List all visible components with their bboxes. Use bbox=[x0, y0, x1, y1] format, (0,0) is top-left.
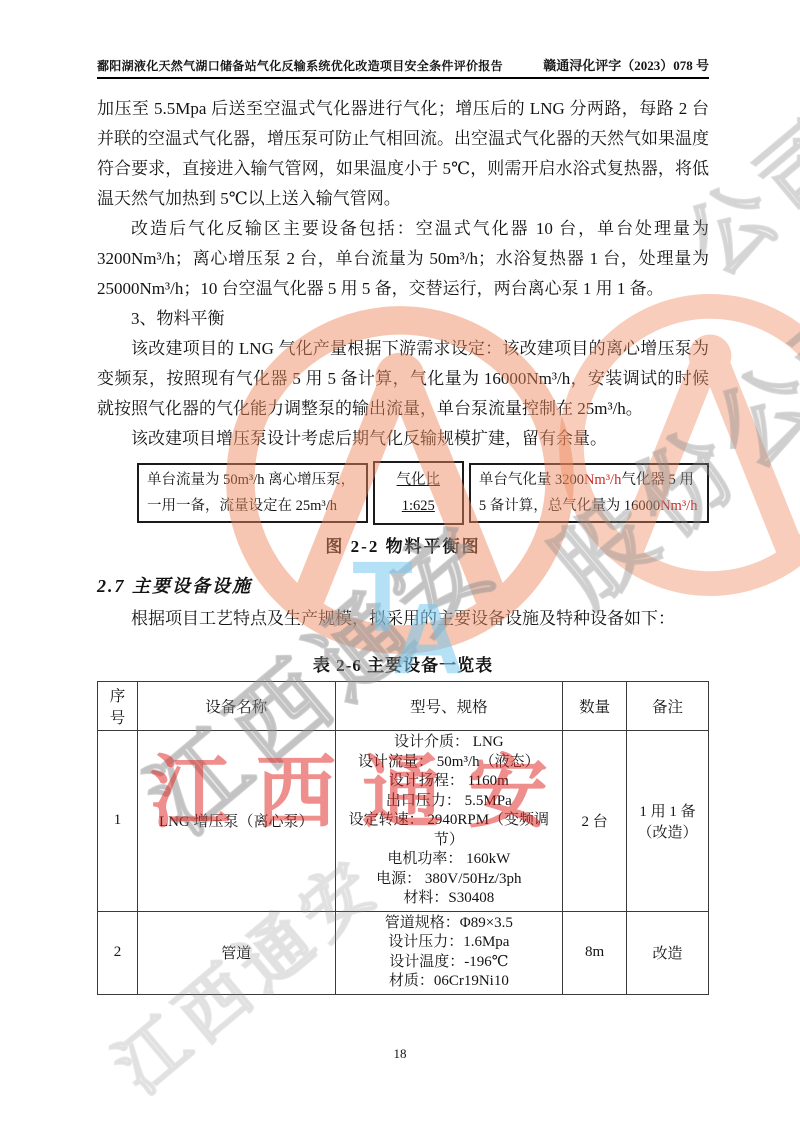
cell-note: 改造 bbox=[627, 911, 709, 994]
section-heading: 2.7 主要设备设施 bbox=[97, 572, 709, 598]
body-text: 加压至 5.5Mpa 后送至空温式气化器进行气化；增压后的 LNG 分两路，每路… bbox=[97, 94, 709, 454]
report-title: 鄱阳湖液化天然气湖口储备站气化反输系统优化改造项目安全条件评价报告 bbox=[97, 57, 503, 74]
cell-spec: 管道规格：Φ89×3.5 设计压力：1.6Mpa 设计温度：-196℃ 材质：0… bbox=[335, 911, 563, 994]
equipment-table: 序号 设备名称 型号、规格 数量 备注 1 LNG 增压泵（离心泵） 设计介质：… bbox=[97, 681, 709, 995]
table-row: 1 LNG 增压泵（离心泵） 设计介质： LNG 设计流量： 50m³/h（液态… bbox=[98, 731, 709, 912]
material-balance-diagram: 单台流量为 50m³/h 离心增压泵，一用一备，流量设定在 25m³/h 气化比… bbox=[137, 461, 709, 525]
paragraph: 该改建项目增压泵设计考虑后期气化反输规模扩建，留有余量。 bbox=[97, 424, 709, 454]
paragraph: 加压至 5.5Mpa 后送至空温式气化器进行气化；增压后的 LNG 分两路，每路… bbox=[97, 94, 709, 214]
table-row: 2 管道 管道规格：Φ89×3.5 设计压力：1.6Mpa 设计温度：-196℃… bbox=[98, 911, 709, 994]
cell-name: 管道 bbox=[137, 911, 335, 994]
cell-note: 1 用 1 备（改造） bbox=[627, 731, 709, 912]
cell-qty: 8m bbox=[563, 911, 627, 994]
figure-caption: 图 2-2 物料平衡图 bbox=[97, 532, 709, 557]
section-intro: 根据项目工艺特点及生产规模，拟采用的主要设备设施及特种设备如下： bbox=[97, 604, 709, 634]
column-header: 序号 bbox=[98, 682, 138, 731]
paragraph: 3、物料平衡 bbox=[97, 304, 709, 334]
cell-qty: 2 台 bbox=[563, 731, 627, 912]
document-number: 赣通浔化评字（2023）078 号 bbox=[543, 55, 709, 74]
cell-name: LNG 增压泵（离心泵） bbox=[137, 731, 335, 912]
table-header-row: 序号 设备名称 型号、规格 数量 备注 bbox=[98, 682, 709, 731]
cell-no: 2 bbox=[98, 911, 138, 994]
document-page: 江西通安 股份公司 公司 江西通安 T A 江西通安 鄱阳湖液化天然气湖口储备站… bbox=[0, 0, 800, 1131]
paragraph: 改造后气化反输区主要设备包括：空温式气化器 10 台，单台处理量为 3200Nm… bbox=[97, 214, 709, 304]
diagram-box-vaporizer: 单台气化量 3200Nm³/h气化器 5 用 5 备计算，总气化量为 16000… bbox=[469, 463, 709, 523]
cell-spec: 设计介质： LNG 设计流量： 50m³/h（液态） 设计扬程： 1160m 出… bbox=[335, 731, 563, 912]
column-header: 设备名称 bbox=[137, 682, 335, 731]
column-header: 备注 bbox=[627, 682, 709, 731]
diagram-box-ratio: 气化比 1:625 bbox=[373, 461, 464, 525]
page-number: 18 bbox=[0, 1046, 800, 1062]
diagram-box-pump: 单台流量为 50m³/h 离心增压泵，一用一备，流量设定在 25m³/h bbox=[137, 463, 368, 523]
table-title: 表 2-6 主要设备一览表 bbox=[97, 651, 709, 676]
page-header: 鄱阳湖液化天然气湖口储备站气化反输系统优化改造项目安全条件评价报告 赣通浔化评字… bbox=[97, 55, 709, 79]
page-content: 鄱阳湖液化天然气湖口储备站气化反输系统优化改造项目安全条件评价报告 赣通浔化评字… bbox=[97, 55, 709, 995]
column-header: 型号、规格 bbox=[335, 682, 563, 731]
cell-no: 1 bbox=[98, 731, 138, 912]
paragraph: 该改建项目的 LNG 气化产量根据下游需求设定：该改建项目的离心增压泵为变频泵，… bbox=[97, 334, 709, 424]
column-header: 数量 bbox=[563, 682, 627, 731]
